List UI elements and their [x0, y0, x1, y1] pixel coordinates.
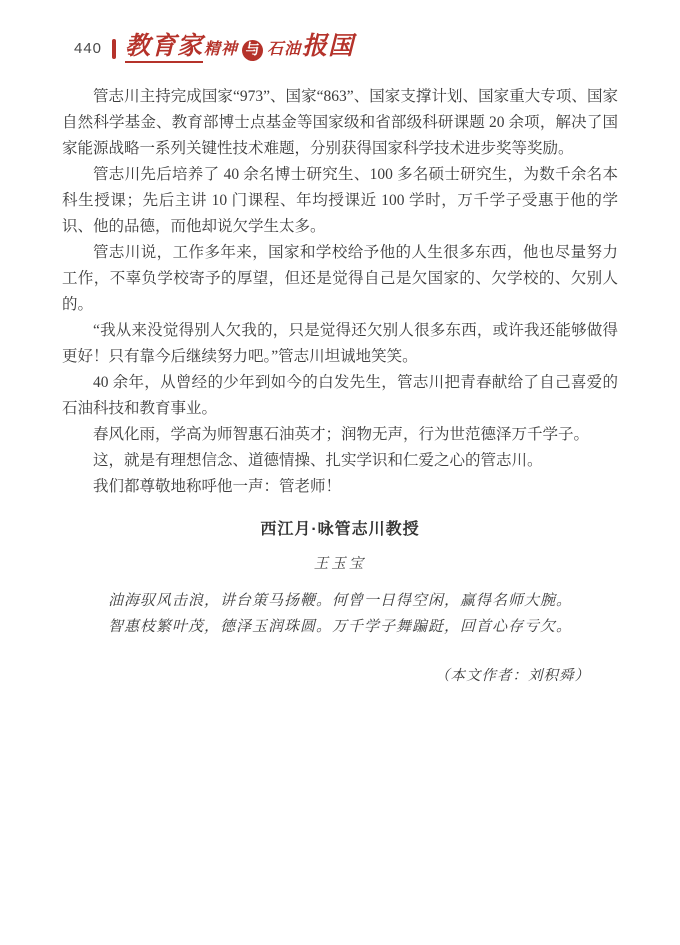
paragraph: 管志川先后培养了 40 余名博士研究生、100 多名硕士研究生，为数千余名本科生… — [62, 162, 618, 240]
logo-text-educator: 教育家 — [125, 34, 203, 63]
paragraph: 管志川主持完成国家“973”、国家“863”、国家支撑计划、国家重大专项、国家自… — [62, 84, 618, 162]
header-divider-bar — [112, 39, 116, 59]
author-attribution: （本文作者：刘积舜） — [62, 664, 618, 685]
poem-line: 智惠枝繁叶茂，德泽玉润珠圆。万千学子舞蹁跹，回首心存亏欠。 — [62, 614, 618, 640]
logo-text-serve-country: 报国 — [302, 34, 354, 59]
logo-conjunction-badge: 与 — [242, 40, 263, 61]
article-body: 管志川主持完成国家“973”、国家“863”、国家支撑计划、国家重大专项、国家自… — [62, 84, 618, 685]
paragraph: 40 余年，从曾经的少年到如今的白发先生，管志川把青春献给了自己喜爱的石油科技和… — [62, 370, 618, 422]
paragraph: 我们都尊敬地称呼他一声：管老师！ — [62, 474, 618, 500]
paragraph: 这，就是有理想信念、道德情操、扎实学识和仁爱之心的管志川。 — [62, 448, 618, 474]
page-number: 440 — [74, 40, 102, 57]
paragraph: “我从来没觉得别人欠我的，只是觉得还欠别人很多东西，或许我还能够做得更好！只有靠… — [62, 318, 618, 370]
poem-title: 西江月·咏管志川教授 — [62, 516, 618, 539]
paragraph: 春风化雨，学高为师智惠石油英才；润物无声，行为世范德泽万千学子。 — [62, 422, 618, 448]
poem-body: 油海驭风击浪，讲台策马扬鞭。何曾一日得空闲，赢得名师大腕。 智惠枝繁叶茂，德泽玉… — [62, 588, 618, 640]
book-page: 440 教育家 精神 与 石油 报国 管志川主持完成国家“973”、国家“863… — [0, 0, 680, 945]
poem-line: 油海驭风击浪，讲台策马扬鞭。何曾一日得空闲，赢得名师大腕。 — [62, 588, 618, 614]
poem-author: 王玉宝 — [62, 552, 618, 573]
page-header: 440 教育家 精神 与 石油 报国 — [74, 34, 354, 63]
logo-text-spirit: 精神 — [204, 42, 238, 58]
paragraph: 管志川说，工作多年来，国家和学校给予他的人生很多东西，他也尽量努力工作，不辜负学… — [62, 240, 618, 318]
logo-text-petroleum: 石油 — [267, 42, 301, 58]
book-series-logo: 教育家 精神 与 石油 报国 — [125, 34, 354, 63]
